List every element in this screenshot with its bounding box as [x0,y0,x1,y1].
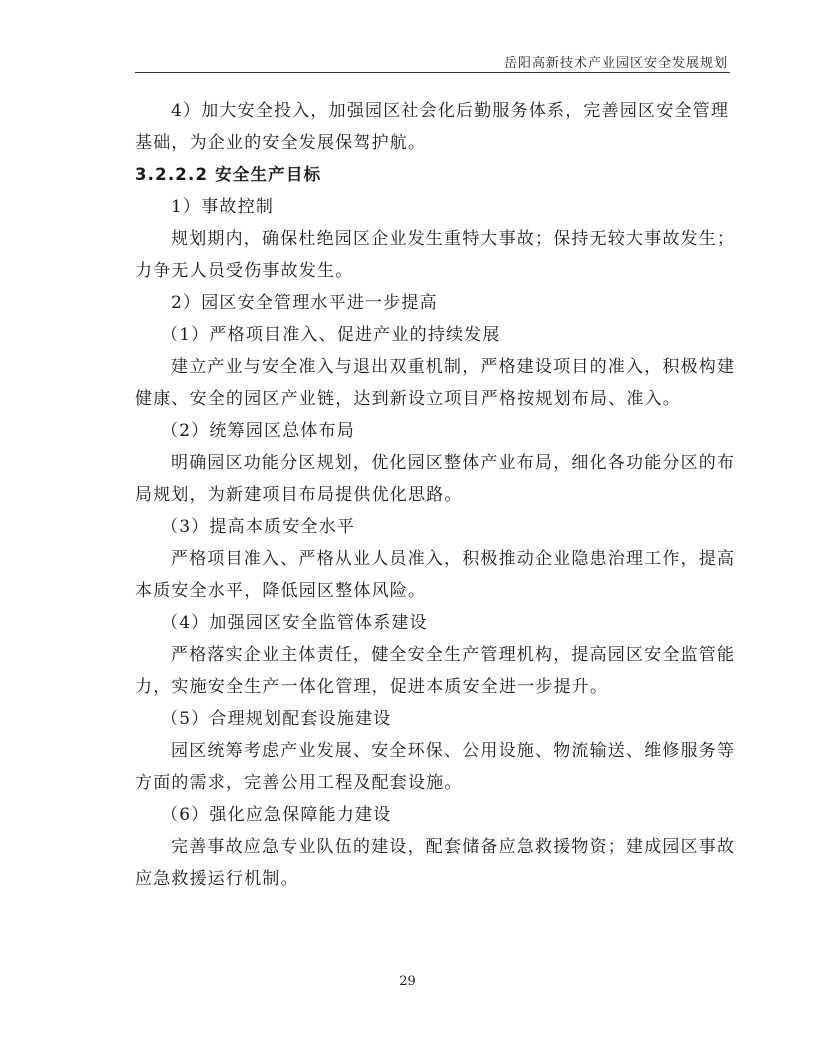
sub-item-heading: （6）强化应急保障能力建设 [135,799,730,831]
page-number: 29 [0,974,815,989]
list-item-heading: 2）园区安全管理水平进一步提高 [135,287,730,319]
sub-item-heading: （3）提高本质安全水平 [135,511,730,543]
paragraph-line: 局规划，为新建项目布局提供优化思路。 [135,479,730,511]
paragraph-line: 建立产业与安全准入与退出双重机制，严格建设项目的准入，积极构建 [135,351,730,383]
paragraph-line: 4）加大安全投入，加强园区社会化后勤服务体系，完善园区安全管理 [135,95,730,127]
document-title: 岳阳高新技术产业园区安全发展规划 [504,52,728,71]
sub-item-heading: （2）统筹园区总体布局 [135,415,730,447]
page-body: 4）加大安全投入，加强园区社会化后勤服务体系，完善园区安全管理 基础，为企业的安… [135,95,730,895]
paragraph-line: 力，实施安全生产一体化管理，促进本质安全进一步提升。 [135,671,730,703]
paragraph-line: 明确园区功能分区规划，优化园区整体产业布局，细化各功能分区的布 [135,447,730,479]
paragraph-line: 严格项目准入、严格从业人员准入，积极推动企业隐患治理工作，提高 [135,543,730,575]
sub-item-heading: （4）加强园区安全监管体系建设 [135,607,730,639]
paragraph-line: 规划期内，确保杜绝园区企业发生重特大事故；保持无较大事故发生； [135,223,730,255]
sub-item-heading: （5）合理规划配套设施建设 [135,703,730,735]
paragraph-line: 基础，为企业的安全发展保驾护航。 [135,127,730,159]
paragraph-line: 应急救援运行机制。 [135,863,730,895]
sub-item-heading: （1）严格项目准入、促进产业的持续发展 [135,319,730,351]
paragraph-line: 园区统筹考虑产业发展、安全环保、公用设施、物流输送、维修服务等 [135,735,730,767]
paragraph-line: 严格落实企业主体责任，健全安全生产管理机构，提高园区安全监管能 [135,639,730,671]
paragraph-line: 完善事故应急专业队伍的建设，配套储备应急救援物资；建成园区事故 [135,831,730,863]
paragraph-line: 方面的需求，完善公用工程及配套设施。 [135,767,730,799]
paragraph-line: 力争无人员受伤事故发生。 [135,255,730,287]
paragraph-line: 本质安全水平，降低园区整体风险。 [135,575,730,607]
page-header: 岳阳高新技术产业园区安全发展规划 [135,50,730,73]
list-item-heading: 1）事故控制 [135,191,730,223]
section-heading: 3.2.2.2 安全生产目标 [135,159,730,191]
paragraph-line: 健康、安全的园区产业链，达到新设立项目严格按规划布局、准入。 [135,383,730,415]
